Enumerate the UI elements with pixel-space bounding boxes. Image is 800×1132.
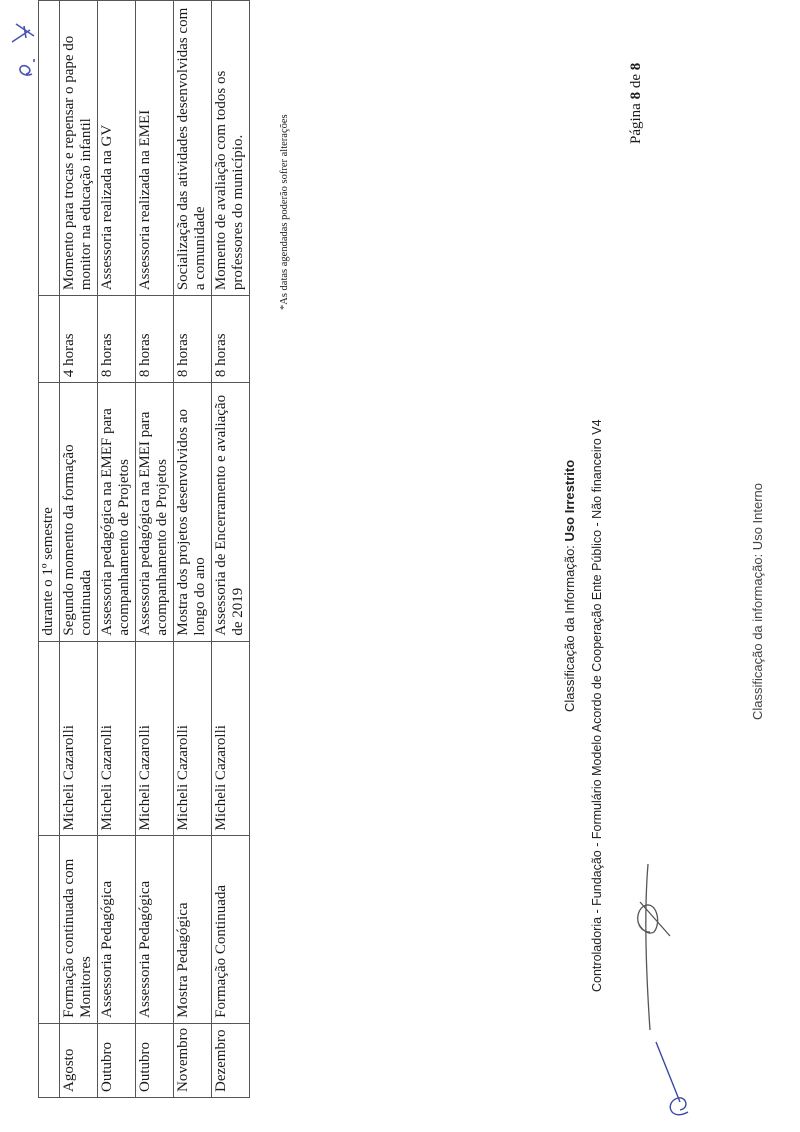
cell-responsible: Micheli Cazarolli bbox=[212, 641, 250, 836]
cell-month: Dezembro bbox=[212, 1023, 250, 1097]
cell-objective: Momento para trocas e repensar o pape do… bbox=[60, 1, 98, 296]
classification-label: Classificação da Informação: bbox=[562, 541, 577, 712]
cell-activity: Mostra Pedagógica bbox=[174, 836, 212, 1023]
cell-hours: 8 horas bbox=[174, 296, 212, 383]
form-identifier: Controladoria - Fundação - Formulário Mo… bbox=[590, 419, 604, 992]
cell-month: Outubro bbox=[98, 1023, 136, 1097]
cell-hours: 8 horas bbox=[212, 296, 250, 383]
cell-description: Segundo momento da formação continuada bbox=[60, 383, 98, 642]
table-row: Dezembro Formação Continuada Micheli Caz… bbox=[212, 1, 250, 1098]
cell-activity: Formação continuada com Monitores bbox=[60, 836, 98, 1023]
cell-activity: Assessoria Pedagógica bbox=[98, 836, 136, 1023]
cell-description: Assessoria de Encerramento e avaliação d… bbox=[212, 383, 250, 642]
cell-objective bbox=[39, 1, 60, 296]
cell-responsible bbox=[39, 641, 60, 836]
table-row: Outubro Assessoria Pedagógica Micheli Ca… bbox=[98, 1, 136, 1098]
cell-description: Mostra dos projetos desenvolvidos ao lon… bbox=[174, 383, 212, 642]
cell-month bbox=[39, 1023, 60, 1097]
page-number: Página 8 de 8 bbox=[628, 63, 645, 144]
page-separator: de bbox=[628, 70, 644, 92]
cell-activity: Assessoria Pedagógica bbox=[136, 836, 174, 1023]
cell-activity bbox=[39, 836, 60, 1023]
dates-disclaimer-note: *As datas agendadas poderão sofrer alter… bbox=[279, 114, 290, 310]
cell-responsible: Micheli Cazarolli bbox=[136, 641, 174, 836]
cell-responsible: Micheli Cazarolli bbox=[60, 641, 98, 836]
cell-objective: Assessoria realizada na GV bbox=[98, 1, 136, 296]
handwritten-initials bbox=[4, 12, 38, 82]
cell-description: Assessoria pedagógica na EMEI para acomp… bbox=[136, 383, 174, 642]
cell-responsible: Micheli Cazarolli bbox=[174, 641, 212, 836]
cell-month: Agosto bbox=[60, 1023, 98, 1097]
document-page: durante o 1º semestre Agosto Formação co… bbox=[0, 0, 800, 1132]
cell-objective: Socialização das atividades desenvolvida… bbox=[174, 1, 212, 296]
table-row-continuation: durante o 1º semestre bbox=[39, 1, 60, 1098]
page-current: 8 bbox=[628, 92, 644, 100]
table-row: Outubro Assessoria Pedagógica Micheli Ca… bbox=[136, 1, 174, 1098]
page-prefix: Página bbox=[628, 99, 644, 144]
cell-description: Assessoria pedagógica na EMEF para acomp… bbox=[98, 383, 136, 642]
schedule-table: durante o 1º semestre Agosto Formação co… bbox=[38, 0, 250, 1098]
signature-black bbox=[630, 862, 690, 1032]
cell-month: Outubro bbox=[136, 1023, 174, 1097]
cell-description: durante o 1º semestre bbox=[39, 383, 60, 642]
cell-hours bbox=[39, 296, 60, 383]
signature-blue bbox=[650, 1012, 700, 1132]
cell-hours: 4 horas bbox=[60, 296, 98, 383]
cell-activity: Formação Continuada bbox=[212, 836, 250, 1023]
cell-month: Novembro bbox=[174, 1023, 212, 1097]
cell-objective: Assessoria realizada na EMEI bbox=[136, 1, 174, 296]
internal-classification-line: Classificação da informação: Uso Interno bbox=[750, 483, 765, 720]
table-row: Novembro Mostra Pedagógica Micheli Cazar… bbox=[174, 1, 212, 1098]
classification-value: Uso Irrestrito bbox=[562, 460, 577, 542]
table-row: Agosto Formação continuada com Monitores… bbox=[60, 1, 98, 1098]
cell-hours: 8 horas bbox=[98, 296, 136, 383]
cell-hours: 8 horas bbox=[136, 296, 174, 383]
cell-responsible: Micheli Cazarolli bbox=[98, 641, 136, 836]
page-total: 8 bbox=[628, 63, 644, 71]
classification-line: Classificação da Informação: Uso Irrestr… bbox=[562, 460, 577, 712]
cell-objective: Momento de avaliação com todos os profes… bbox=[212, 1, 250, 296]
